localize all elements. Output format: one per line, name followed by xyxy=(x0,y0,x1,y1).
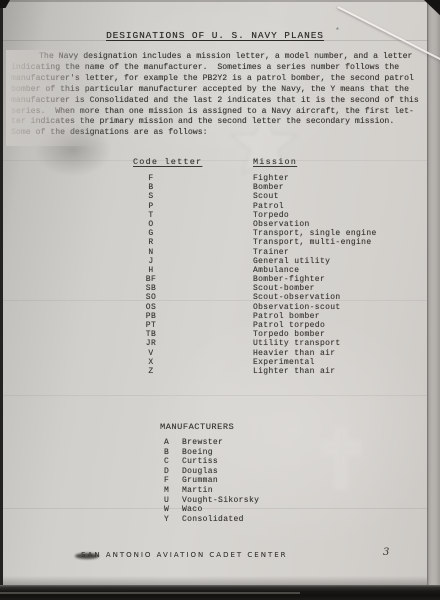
manufacturer-letter: C xyxy=(164,457,169,466)
manufacturers-rows: ABrewster BBoeing CCurtiss DDouglas FGru… xyxy=(160,438,234,524)
page-bottom-shadow xyxy=(3,576,427,585)
intro-line: bomber of this particular manufacturer a… xyxy=(11,85,425,96)
manufacturer-name: Vought-Sikorsky xyxy=(182,496,259,505)
manufacturer-name: Boeing xyxy=(182,448,213,457)
manufacturer-letter: M xyxy=(164,486,169,495)
manufacturers-section: MANUFACTURERS ABrewster BBoeing CCurtiss… xyxy=(160,422,234,524)
code-letter: F xyxy=(133,174,169,183)
manufacturer-name: Brewster xyxy=(182,438,223,447)
code-letter: H xyxy=(133,266,169,275)
manufacturer-name: Douglas xyxy=(182,467,218,476)
code-letter: JR xyxy=(133,339,169,348)
mission-label: Bomber-fighter xyxy=(253,275,325,284)
mission-label: Heavier than air xyxy=(253,349,335,358)
mission-label: Torpedo bomber xyxy=(253,330,325,339)
code-letter: T xyxy=(133,211,169,220)
code-letter: TB xyxy=(133,330,169,339)
manufacturer-name: Grumman xyxy=(182,476,218,485)
page-number: 3 xyxy=(383,547,389,558)
intro-line: The Navy designation includes a mission … xyxy=(11,52,425,63)
intro-line: indicating the name of the manufacturer.… xyxy=(11,63,425,74)
code-letter: G xyxy=(133,229,169,238)
title-asterisk: * xyxy=(335,27,340,36)
manufacturer-name: Martin xyxy=(182,486,213,495)
mission-label: Observation xyxy=(253,220,310,229)
manufacturer-letter: B xyxy=(164,448,169,457)
mission-label: Bomber xyxy=(253,183,284,192)
mission-label: Observation-scout xyxy=(253,303,341,312)
footer-title: SAN ANTONIO AVIATION CADET CENTER xyxy=(81,551,288,559)
mission-label: Transport, single engine xyxy=(253,229,377,238)
mission-header: Mission xyxy=(253,157,297,167)
mission-label: Utility transport xyxy=(253,339,341,348)
manufacturer-row: UVought-Sikorsky xyxy=(160,496,234,506)
document-page: DESIGNATIONS OF U. S. NAVY PLANES * The … xyxy=(3,0,427,585)
manufacturer-row: MMartin xyxy=(160,486,234,496)
manufacturer-letter: F xyxy=(164,476,169,485)
intro-line: manufacturer is Consolidated and the las… xyxy=(11,96,425,107)
code-letter: P xyxy=(133,202,169,211)
mission-label: Scout xyxy=(253,192,279,201)
mission-label: Patrol bomber xyxy=(253,312,320,321)
manufacturer-letter: U xyxy=(164,496,169,505)
scan-left-edge xyxy=(0,0,3,585)
code-letter: OS xyxy=(133,303,169,312)
mission-label: Fighter xyxy=(253,174,289,183)
code-letter-header: Code letter xyxy=(133,157,202,167)
mission-label: General utility xyxy=(253,257,330,266)
code-letter: PB xyxy=(133,312,169,321)
page-top-edge xyxy=(3,0,427,2)
intro-line: Some of the designations are as follows: xyxy=(11,128,425,139)
scan-line-artifact xyxy=(3,300,427,301)
code-letter: Z xyxy=(133,367,169,376)
book-page-stack-edge xyxy=(427,0,440,585)
scan-line-artifact xyxy=(3,395,427,396)
scan-bottom-streak xyxy=(0,592,300,594)
intro-paragraph: The Navy designation includes a mission … xyxy=(11,52,425,139)
manufacturer-row: DDouglas xyxy=(160,467,234,477)
manufacturer-row: BBoeing xyxy=(160,448,234,458)
mission-label: Ambulance xyxy=(253,266,299,275)
mission-label: Patrol torpedo xyxy=(253,321,325,330)
code-letter: SB xyxy=(133,284,169,293)
manufacturer-letter: A xyxy=(164,438,169,447)
intro-line: ter indicates the primary mission and th… xyxy=(11,117,425,128)
manufacturer-name: Consolidated xyxy=(182,515,244,524)
code-letter: N xyxy=(133,248,169,257)
mission-label: Scout-bomber xyxy=(253,284,315,293)
code-letter: S xyxy=(133,192,169,201)
manufacturer-name: Curtiss xyxy=(182,457,218,466)
code-letter: SO xyxy=(133,293,169,302)
code-letter: X xyxy=(133,358,169,367)
code-letter: R xyxy=(133,238,169,247)
manufacturer-row: WWaco xyxy=(160,505,234,515)
mission-label: Torpedo xyxy=(253,211,289,220)
page-title: DESIGNATIONS OF U. S. NAVY PLANES xyxy=(106,30,324,41)
manufacturer-letter: W xyxy=(164,505,169,514)
intro-line: series. When more than one mission is as… xyxy=(11,107,425,118)
manufacturer-letter: Y xyxy=(164,515,169,524)
manufacturer-row: ABrewster xyxy=(160,438,234,448)
code-letter: O xyxy=(133,220,169,229)
manufacturer-row: CCurtiss xyxy=(160,457,234,467)
mission-label: Trainer xyxy=(253,248,289,257)
manufacturer-letter: D xyxy=(164,467,169,476)
mission-label: Patrol xyxy=(253,202,284,211)
manufacturer-row: YConsolidated xyxy=(160,515,234,525)
manufacturers-header: MANUFACTURERS xyxy=(160,422,234,433)
cross-bleedthrough-artifact xyxy=(321,426,361,490)
code-letter: PT xyxy=(133,321,169,330)
code-letter: BF xyxy=(133,275,169,284)
mission-label: Transport, multi-engine xyxy=(253,238,371,247)
scan-line-artifact xyxy=(3,160,427,161)
mission-label: Experimental xyxy=(253,358,315,367)
mission-label: Scout-observation xyxy=(253,293,341,302)
code-letter: J xyxy=(133,257,169,266)
intro-line: manufacturer's letter, for example the P… xyxy=(11,74,425,85)
code-letter: B xyxy=(133,183,169,192)
scanned-page: DESIGNATIONS OF U. S. NAVY PLANES * The … xyxy=(0,0,440,600)
manufacturer-row: FGrumman xyxy=(160,476,234,486)
manufacturer-name: Waco xyxy=(182,505,203,514)
code-letter: V xyxy=(133,349,169,358)
mission-label: Lighter than air xyxy=(253,367,335,376)
title-row: DESIGNATIONS OF U. S. NAVY PLANES * xyxy=(3,25,427,43)
